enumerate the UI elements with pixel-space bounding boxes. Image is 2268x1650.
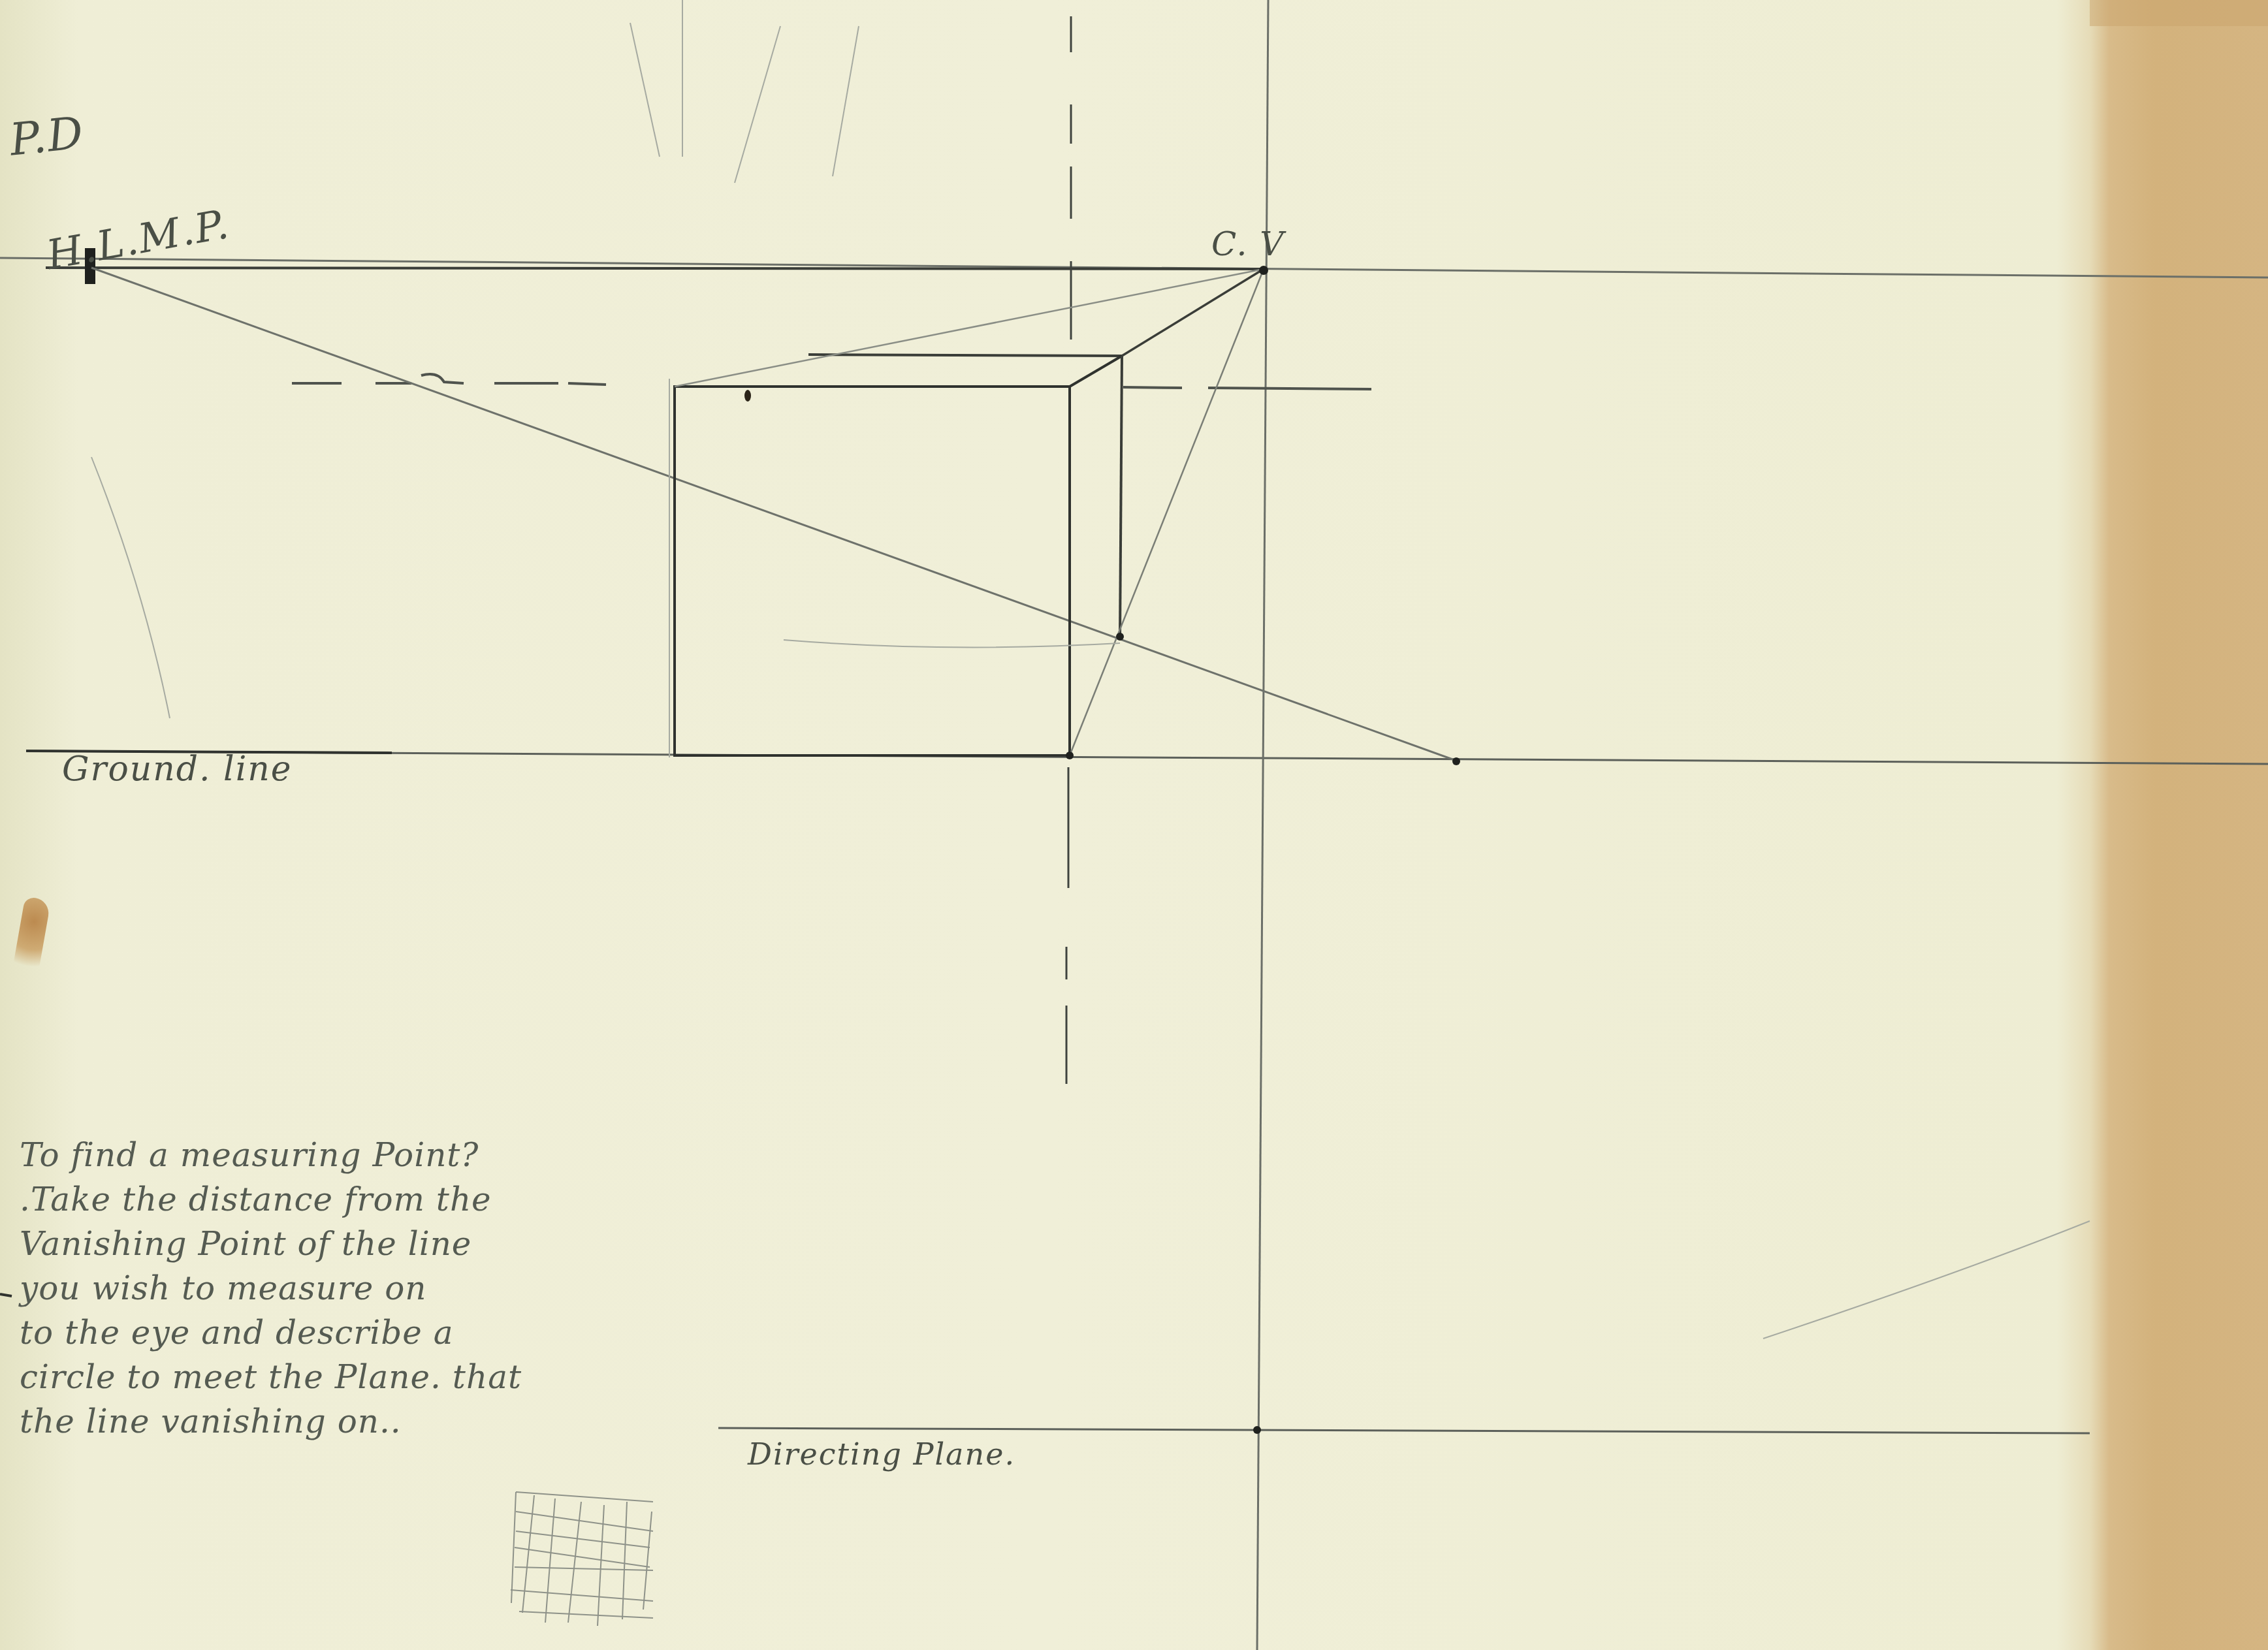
cv-point xyxy=(1259,266,1268,275)
label-directing-plane: Directing Plane. xyxy=(748,1436,1015,1472)
box-vertex-dot xyxy=(1116,633,1124,641)
box-top-right-edge xyxy=(1070,356,1122,387)
note-line: .Take the distance from the xyxy=(20,1177,725,1222)
note-line: to the eye and describe a xyxy=(20,1310,725,1355)
note-line: Vanishing Point of the line xyxy=(20,1222,725,1266)
note-line: the line vanishing on.. xyxy=(20,1399,725,1444)
grid-sketch xyxy=(511,1492,653,1626)
vanishing-line-top-right xyxy=(1122,269,1264,356)
box-top-back-edge xyxy=(808,355,1122,356)
ground-endpoint-dot xyxy=(1452,757,1460,765)
directing-plane-line xyxy=(718,1428,2090,1433)
label-cv: C. V xyxy=(1211,225,1285,263)
ink-spot xyxy=(744,390,751,402)
directing-plane-dot xyxy=(1253,1426,1261,1434)
note-line: you wish to measure on xyxy=(20,1266,725,1310)
vanishing-line-bottom-right xyxy=(1070,269,1264,755)
label-pd: P.D xyxy=(7,107,87,166)
horizon-line-dark xyxy=(46,268,1260,269)
margin-tick xyxy=(0,1294,12,1296)
box-back-vertical xyxy=(1120,356,1122,638)
box-front-face xyxy=(675,387,1070,755)
label-ground-line: Ground. line xyxy=(62,750,293,789)
box-corner-dot xyxy=(1066,752,1074,759)
handwritten-note: To find a measuring Point? .Take the dis… xyxy=(20,1133,725,1444)
measuring-diagonal xyxy=(91,268,1456,761)
note-line: To find a measuring Point? xyxy=(20,1133,725,1177)
note-line: circle to meet the Plane. that xyxy=(20,1355,725,1399)
vanishing-line-top-left xyxy=(675,269,1264,387)
